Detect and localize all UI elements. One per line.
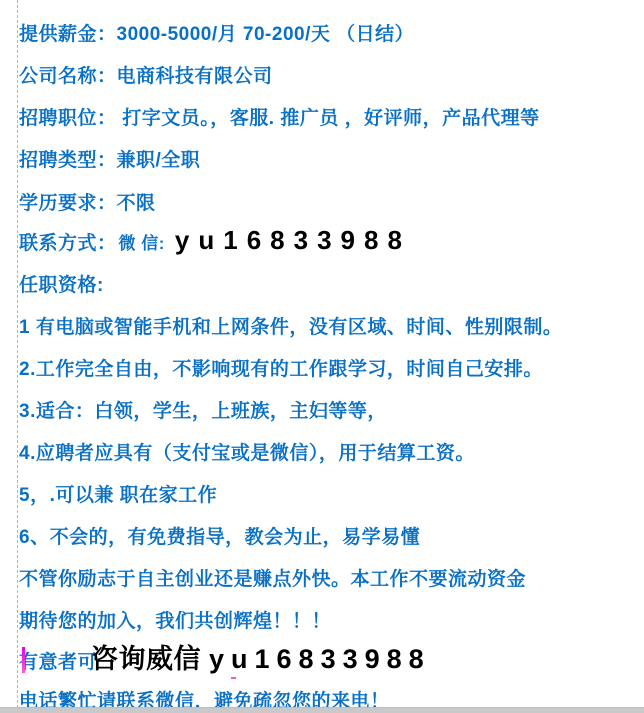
company-line: 公司名称：电商科技有限公司 <box>19 66 273 88</box>
requirement-item-2: 2.工作完全自由，不影响现有的工作跟学习，时间自己安排。 <box>19 359 543 381</box>
education-line: 学历要求：不限 <box>19 193 156 215</box>
requirement-item-1: 1 有电脑或智能手机和上网条件，没有区域、时间、性别限制。 <box>19 317 562 339</box>
text-cursor-caret <box>22 647 25 673</box>
pitch-join-line: 期待您的加入，我们共创辉煌！！！ <box>19 611 331 633</box>
pitch-no-capital-line: 不管你励志于自主创业还是赚点外快。本工作不要流动资金 <box>19 569 526 591</box>
margin-guide-line <box>17 0 18 713</box>
horizontal-scrollbar[interactable] <box>0 707 644 713</box>
wechat-id-value: yu16833988 <box>175 226 411 254</box>
document-text-area[interactable]: 提供薪金：3000-5000/月 70-200/天 （日结） 公司名称：电商科技… <box>0 0 644 713</box>
cta-main-text: 咨询威信 <box>91 644 201 674</box>
salary-line: 提供薪金：3000-5000/月 70-200/天 （日结） <box>19 24 414 46</box>
requirement-item-4: 4.应聘者应具有（支付宝或是微信），用于结算工资。 <box>19 443 475 465</box>
positions-line: 招聘职位： 打字文员。，客服. 推广员 ，好评师，产品代理等 <box>19 108 540 130</box>
cta-main-id: yu16833988 <box>209 644 431 674</box>
magenta-artifact-dot <box>231 677 236 679</box>
wechat-label: 微 信: <box>119 233 165 255</box>
requirement-item-3: 3.适合：白领，学生，上班族，主妇等等， <box>19 401 387 423</box>
requirement-item-6: 6、不会的，有免费指导，教会为止，易学易懂 <box>19 527 420 549</box>
cta-line: 有意者可 咨询威信yu16833988 <box>19 644 437 674</box>
contact-line: 联系方式： 微 信: yu16833988 <box>19 226 411 255</box>
job-type-line: 招聘类型：兼职/全职 <box>19 150 200 172</box>
qualifications-title: 任职资格: <box>19 275 104 297</box>
cta-main: 咨询威信yu16833988 <box>91 644 431 674</box>
requirement-item-5: 5，.可以兼 职在家工作 <box>19 485 217 507</box>
contact-label: 联系方式： <box>19 233 117 255</box>
cta-prefix: 有意者可 <box>19 652 97 674</box>
